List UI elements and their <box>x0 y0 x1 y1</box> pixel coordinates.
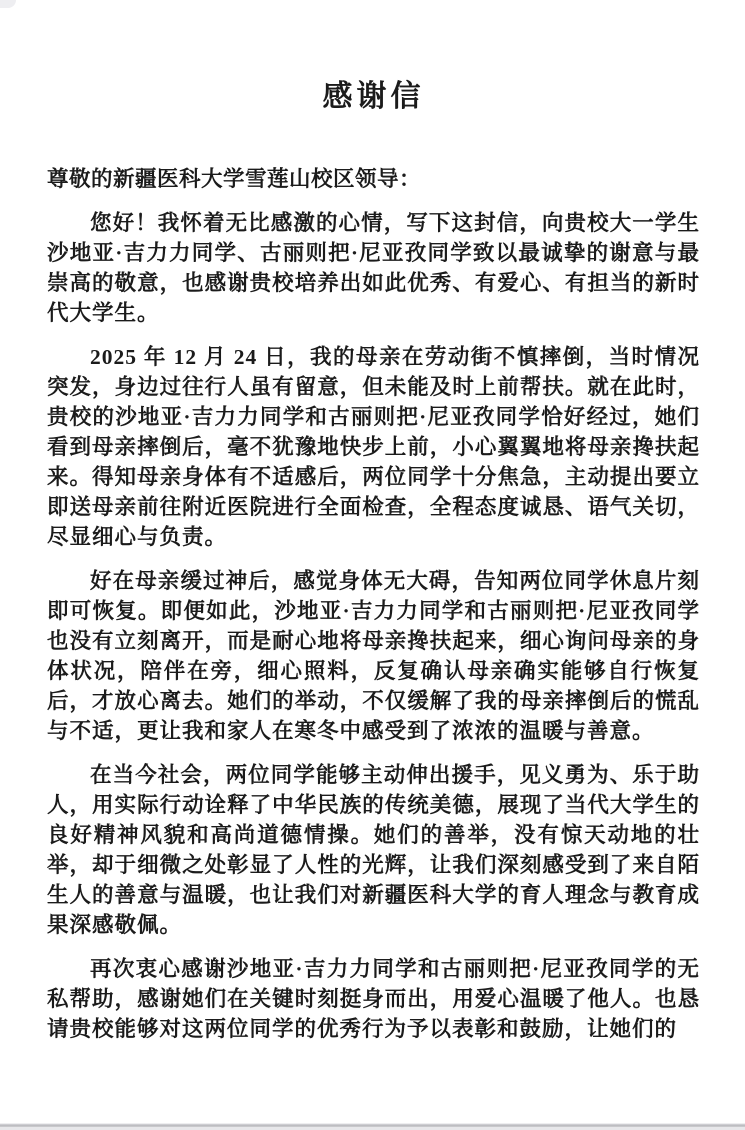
letter-paragraph-care: 好在母亲缓过神后，感觉身体无大碍，告知两位同学休息片刻即可恢复。即便如此，沙地亚… <box>47 566 700 746</box>
scan-artifact-top-left <box>0 0 16 8</box>
letter-paragraph-praise: 在当今社会，两位同学能够主动伸出援手，见义勇为、乐于助人，用实际行动诠释了中华民… <box>47 760 700 940</box>
letter-title: 感谢信 <box>47 80 700 114</box>
letter-salutation: 尊敬的新疆医科大学雪莲山校区领导： <box>47 164 700 194</box>
page-bottom-scan-edge <box>0 1123 745 1130</box>
letter-paragraph-closing: 再次衷心感谢沙地亚·吉力力同学和古丽则把·尼亚孜同学的无私帮助，感谢她们在关键时… <box>47 954 700 1044</box>
letter-page: 感谢信 尊敬的新疆医科大学雪莲山校区领导： 您好！我怀着无比感激的心情，写下这封… <box>0 0 745 1130</box>
letter-paragraph-intro: 您好！我怀着无比感激的心情，写下这封信，向贵校大一学生沙地亚·吉力力同学、古丽则… <box>47 208 700 328</box>
letter-body: 您好！我怀着无比感激的心情，写下这封信，向贵校大一学生沙地亚·吉力力同学、古丽则… <box>47 208 700 1044</box>
letter-paragraph-incident: 2025 年 12 月 24 日，我的母亲在劳动街不慎摔倒，当时情况突发，身边过… <box>47 342 700 552</box>
